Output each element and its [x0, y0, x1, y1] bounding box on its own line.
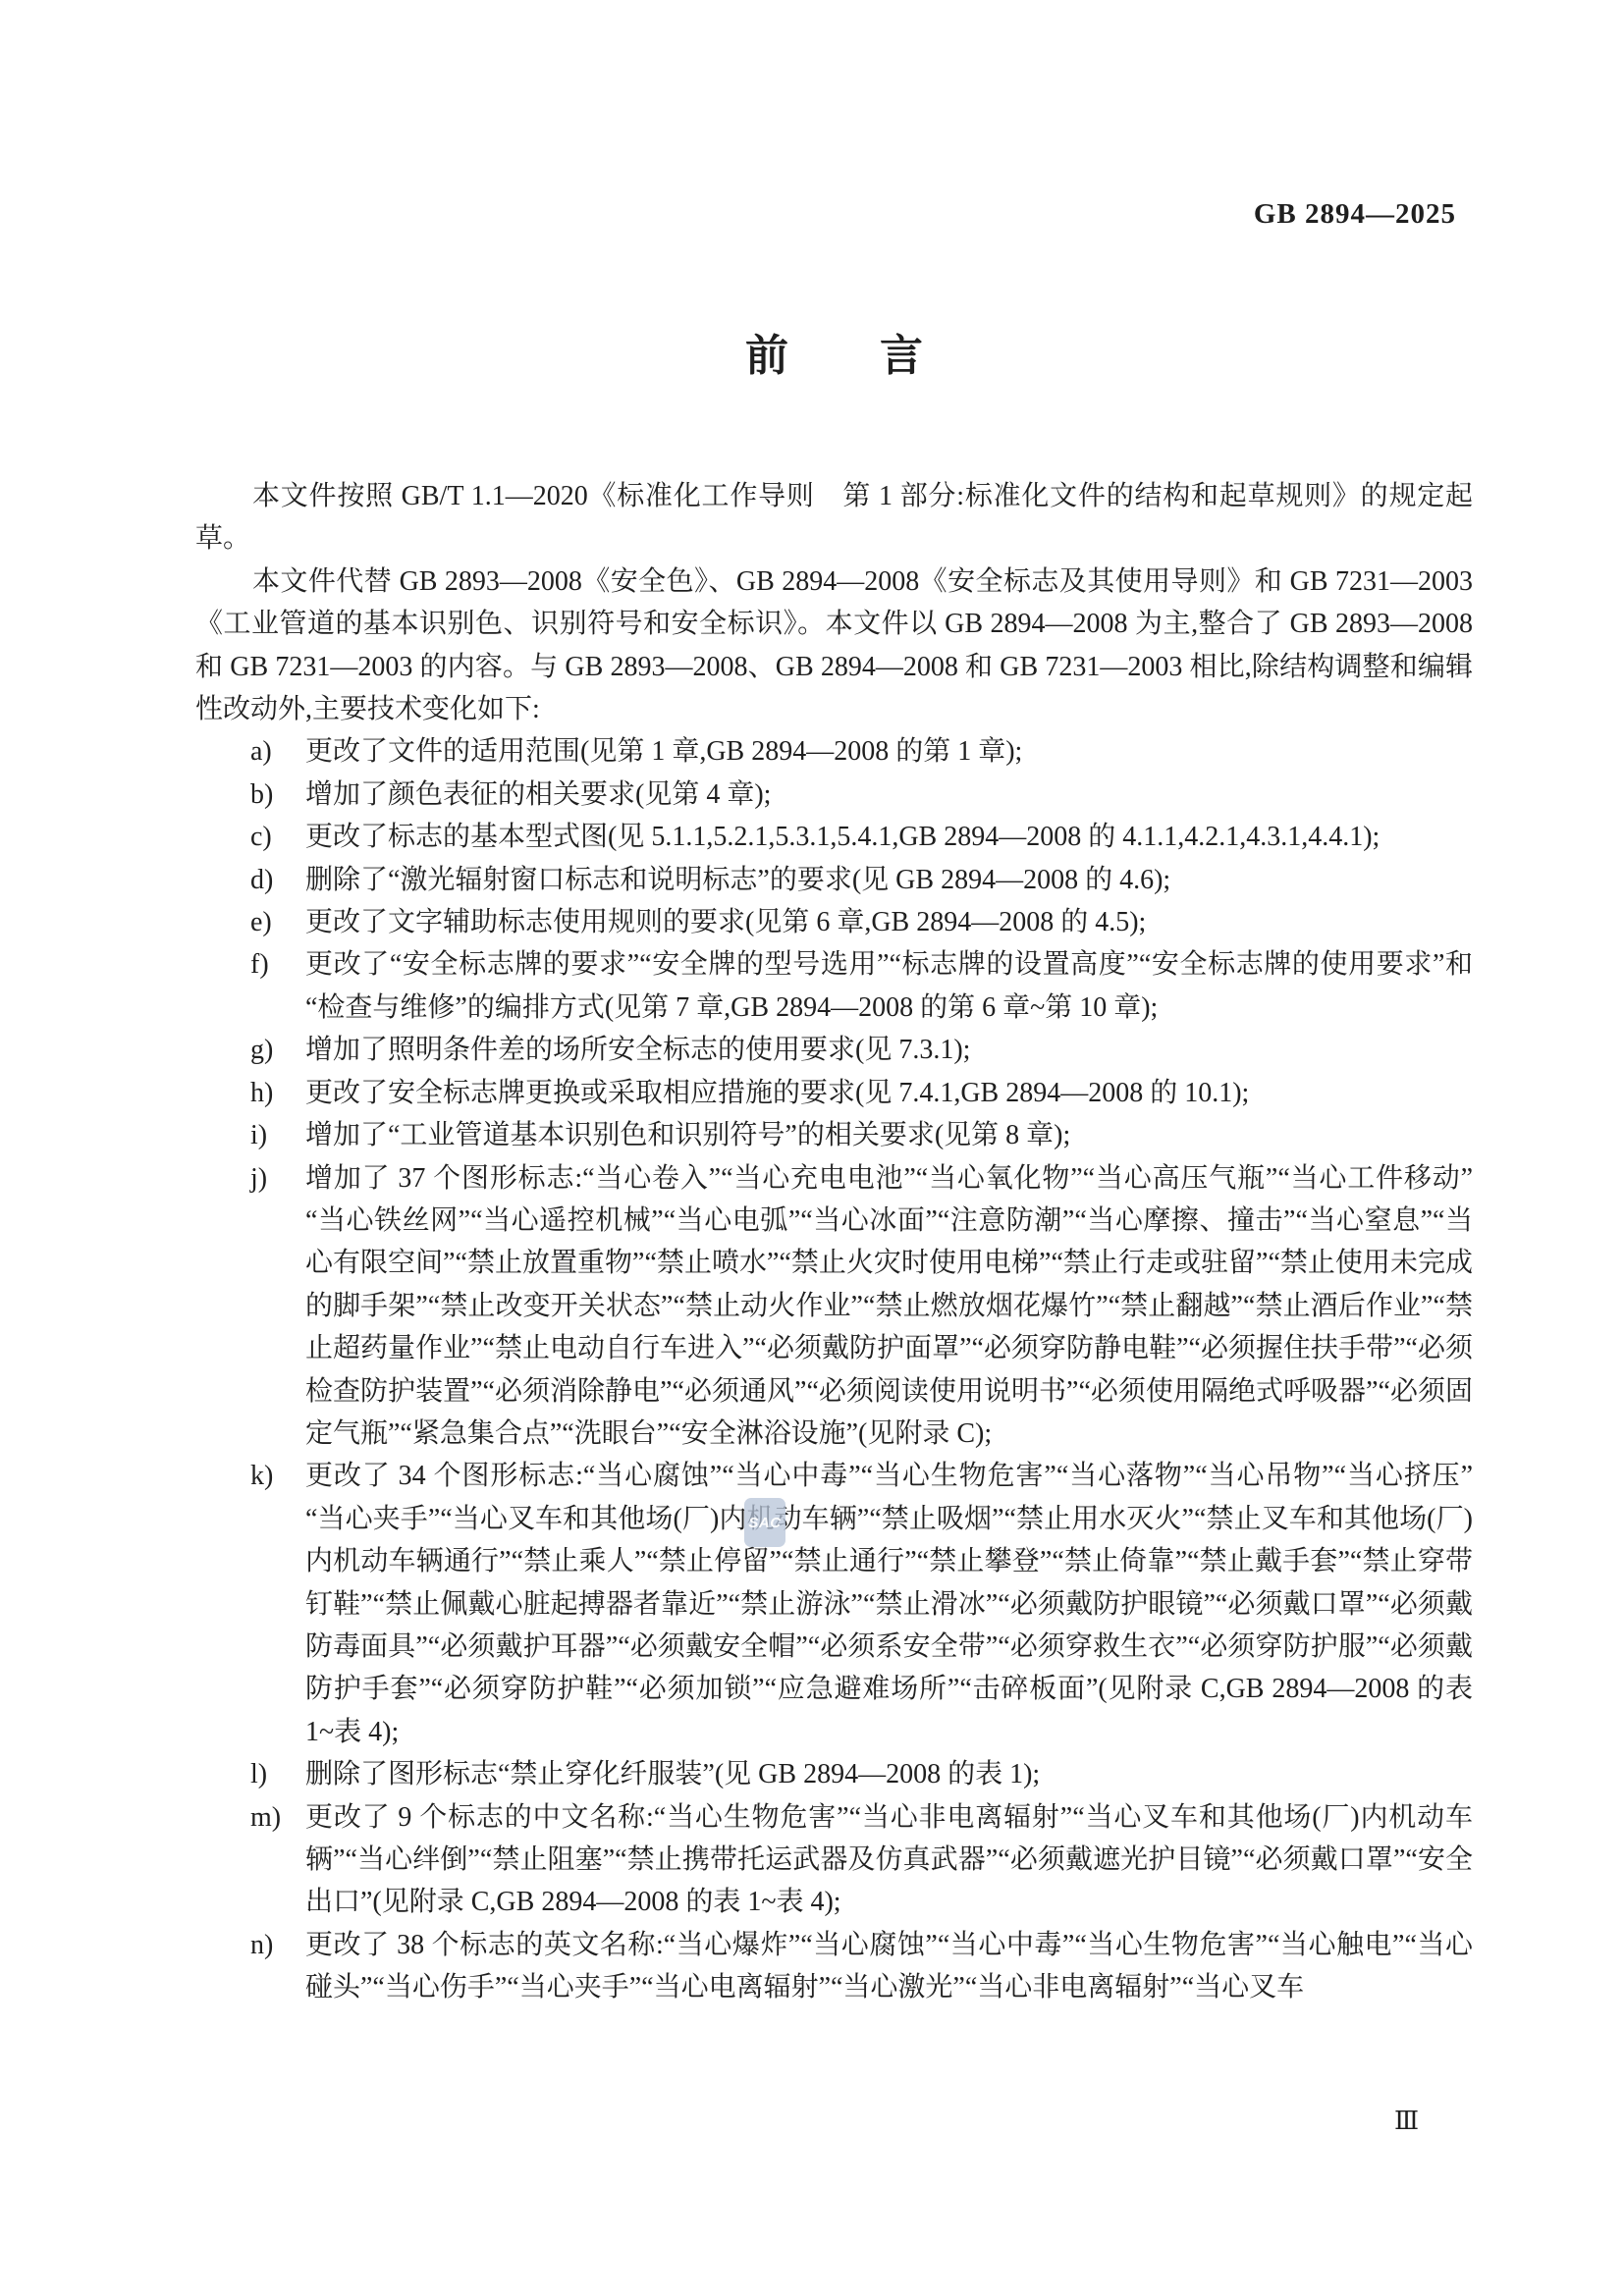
- list-item-k: k)更改了 34 个图形标志:“当心腐蚀”“当心中毒”“当心生物危害”“当心落物…: [195, 1455, 1473, 1753]
- list-item-n: n)更改了 38 个标志的英文名称:“当心爆炸”“当心腐蚀”“当心中毒”“当心生…: [195, 1924, 1473, 2009]
- list-item-text: 更改了文件的适用范围(见第 1 章,GB 2894—2008 的第 1 章);: [305, 736, 1022, 767]
- list-item-label: h): [250, 1072, 273, 1114]
- sac-watermark-text: SAC: [748, 1515, 781, 1531]
- list-item-text: 更改了 34 个图形标志:“当心腐蚀”“当心中毒”“当心生物危害”“当心落物”“…: [305, 1461, 1473, 1746]
- list-item-f: f)更改了“安全标志牌的要求”“安全牌的型号选用”“标志牌的设置高度”“安全标志…: [195, 943, 1473, 1029]
- list-item-label: e): [250, 901, 272, 943]
- list-item-text: 增加了“工业管道基本识别色和识别符号”的相关要求(见第 8 章);: [305, 1120, 1070, 1150]
- list-item-label: g): [250, 1029, 273, 1071]
- paragraph-drafting-rules: 本文件按照 GB/T 1.1—2020《标准化工作导则 第 1 部分:标准化文件…: [195, 475, 1473, 561]
- list-item-text: 增加了照明条件差的场所安全标志的使用要求(见 7.3.1);: [305, 1035, 970, 1065]
- list-item-b: b)增加了颜色表征的相关要求(见第 4 章);: [195, 774, 1473, 816]
- list-item-text: 更改了文字辅助标志使用规则的要求(见第 6 章,GB 2894—2008 的 4…: [305, 907, 1146, 937]
- list-item-text: 更改了“安全标志牌的要求”“安全牌的型号选用”“标志牌的设置高度”“安全标志牌的…: [305, 949, 1473, 1022]
- list-item-j: j)增加了 37 个图形标志:“当心卷入”“当心充电电池”“当心氧化物”“当心高…: [195, 1157, 1473, 1456]
- list-item-label: f): [250, 943, 269, 986]
- list-item-label: m): [250, 1796, 281, 1839]
- list-item-label: n): [250, 1924, 273, 1966]
- list-item-text: 更改了安全标志牌更换或采取相应措施的要求(见 7.4.1,GB 2894—200…: [305, 1078, 1249, 1108]
- foreword-body: 本文件按照 GB/T 1.1—2020《标准化工作导则 第 1 部分:标准化文件…: [195, 475, 1473, 2009]
- list-item-label: j): [250, 1157, 267, 1200]
- list-item-label: k): [250, 1455, 273, 1497]
- list-item-i: i)增加了“工业管道基本识别色和识别符号”的相关要求(见第 8 章);: [195, 1114, 1473, 1156]
- list-item-a: a)更改了文件的适用范围(见第 1 章,GB 2894—2008 的第 1 章)…: [195, 730, 1473, 773]
- list-item-l: l)删除了图形标志“禁止穿化纤服装”(见 GB 2894—2008 的表 1);: [195, 1753, 1473, 1795]
- list-item-text: 增加了颜色表征的相关要求(见第 4 章);: [305, 779, 771, 810]
- list-item-text: 删除了“激光辐射窗口标志和说明标志”的要求(见 GB 2894—2008 的 4…: [305, 865, 1170, 895]
- list-item-label: c): [250, 816, 272, 858]
- page-title: 前 言: [195, 335, 1473, 378]
- list-item-d: d)删除了“激光辐射窗口标志和说明标志”的要求(见 GB 2894—2008 的…: [195, 859, 1473, 901]
- list-item-text: 更改了标志的基本型式图(见 5.1.1,5.2.1,5.3.1,5.4.1,GB…: [305, 822, 1380, 852]
- list-item-label: i): [250, 1114, 267, 1156]
- list-item-text: 删除了图形标志“禁止穿化纤服装”(见 GB 2894—2008 的表 1);: [305, 1759, 1040, 1789]
- sac-watermark-logo: SAC: [744, 1498, 785, 1547]
- list-item-e: e)更改了文字辅助标志使用规则的要求(见第 6 章,GB 2894—2008 的…: [195, 901, 1473, 943]
- list-item-label: l): [250, 1753, 267, 1795]
- title-char-2: 言: [880, 335, 923, 378]
- list-item-text: 增加了 37 个图形标志:“当心卷入”“当心充电电池”“当心氧化物”“当心高压气…: [305, 1163, 1473, 1449]
- page-number: Ⅲ: [1394, 2107, 1420, 2136]
- list-item-h: h)更改了安全标志牌更换或采取相应措施的要求(见 7.4.1,GB 2894—2…: [195, 1072, 1473, 1114]
- list-item-text: 更改了 9 个标志的中文名称:“当心生物危害”“当心非电离辐射”“当心叉车和其他…: [305, 1802, 1473, 1918]
- title-char-1: 前: [745, 335, 788, 378]
- list-item-c: c)更改了标志的基本型式图(见 5.1.1,5.2.1,5.3.1,5.4.1,…: [195, 816, 1473, 858]
- list-item-label: a): [250, 730, 272, 773]
- list-item-text: 更改了 38 个标志的英文名称:“当心爆炸”“当心腐蚀”“当心中毒”“当心生物危…: [305, 1930, 1473, 2002]
- standard-number-header: GB 2894—2025: [1254, 198, 1456, 231]
- list-item-m: m)更改了 9 个标志的中文名称:“当心生物危害”“当心非电离辐射”“当心叉车和…: [195, 1796, 1473, 1924]
- paragraph-replacement: 本文件代替 GB 2893—2008《安全色》、GB 2894—2008《安全标…: [195, 561, 1473, 731]
- document-page: GB 2894—2025 前 言 本文件按照 GB/T 1.1—2020《标准化…: [0, 0, 1624, 2296]
- list-item-label: d): [250, 859, 273, 901]
- list-item-label: b): [250, 774, 273, 816]
- list-item-g: g)增加了照明条件差的场所安全标志的使用要求(见 7.3.1);: [195, 1029, 1473, 1071]
